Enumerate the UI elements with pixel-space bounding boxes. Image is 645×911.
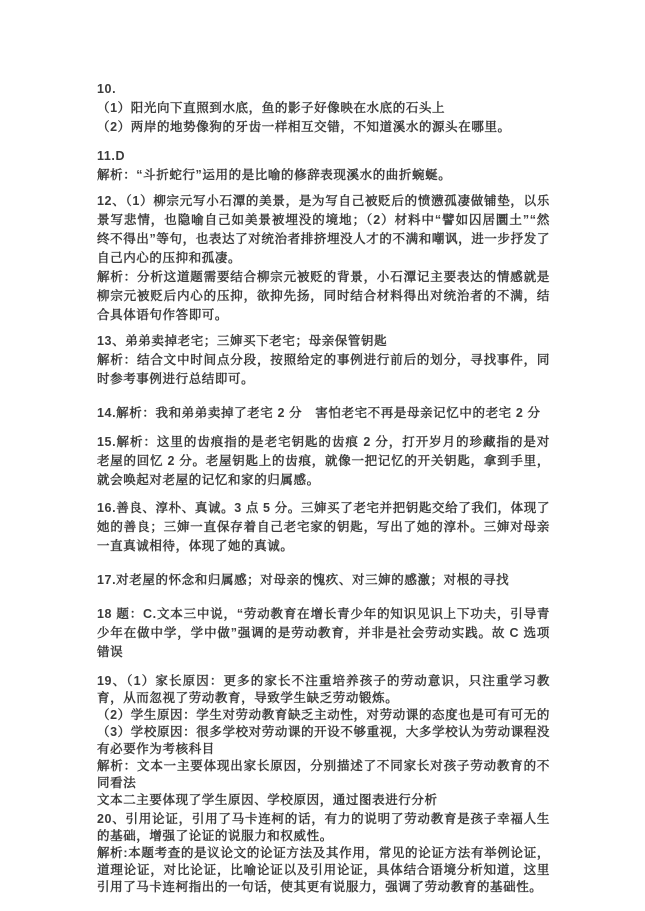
answer-paragraph: （3）学校原因：很多学校对劳动课的开设不够重视，大多学校认为劳动课程没有必要作为… <box>97 724 550 758</box>
answer-block-15: 15.解析：这里的齿痕指的是老宅钥匙的齿痕 2 分，打开岁月的珍藏指的是对老屋的… <box>97 433 550 490</box>
answer-block-11: 11.D解析：“斗折蛇行”运用的是比喻的修辞表现溪水的曲折蜿蜒。 <box>97 147 550 185</box>
page: { "page": { "background": "#ffffff", "te… <box>0 0 645 911</box>
answer-paragraph: （2）学生原因：学生对劳动教育缺乏主动性，对劳动课的态度也是可有可无的 <box>97 707 550 724</box>
document-page: 10.（1）阳光向下直照到水底，鱼的影子好像映在水底的石头上（2）两岸的地势像狗… <box>0 0 645 911</box>
answer-block-16: 16.善良、淳朴、真诚。3 点 5 分。三婶买了老宅并把钥匙交给了我们，体现了她… <box>97 499 550 556</box>
answer-paragraph: 14.解析：我和弟弟卖掉了老宅 2 分 害怕老宅不再是母亲记忆中的老宅 2 分 <box>97 404 550 423</box>
answer-key-content: 10.（1）阳光向下直照到水底，鱼的影子好像映在水底的石头上（2）两岸的地势像狗… <box>97 80 550 896</box>
answer-block-10: 10.（1）阳光向下直照到水底，鱼的影子好像映在水底的石头上（2）两岸的地势像狗… <box>97 80 550 137</box>
answer-paragraph: 文本二主要体现了学生原因、学校原因，通过图表进行分析 <box>97 792 550 809</box>
answer-paragraph: （2）两岸的地势像狗的牙齿一样相互交错，不知道溪水的源头在哪里。 <box>97 118 550 137</box>
answer-paragraph: 10. <box>97 80 550 99</box>
answer-paragraph: 15.解析：这里的齿痕指的是老宅钥匙的齿痕 2 分，打开岁月的珍藏指的是对老屋的… <box>97 433 550 490</box>
answer-block-17: 17.对老屋的怀念和归属感；对母亲的愧疚、对三婶的感激；对根的寻找 <box>97 571 550 590</box>
answer-paragraph: 16.善良、淳朴、真诚。3 点 5 分。三婶买了老宅并把钥匙交给了我们，体现了她… <box>97 499 550 556</box>
answer-block-19: 19、（1）家长原因：更多的家长不注重培养孩子的劳动意识，只注重学习教育，从而忽… <box>97 673 550 809</box>
answer-paragraph: （1）阳光向下直照到水底，鱼的影子好像映在水底的石头上 <box>97 99 550 118</box>
answer-block-13: 13、弟弟卖掉老宅；三婶买下老宅；母亲保管钥匙解析：结合文中时间点分段，按照给定… <box>97 332 550 389</box>
answer-paragraph: 解析:本题考查的是议论文的论证方法及其作用，常见的论证方法有举例论证，道理论证，… <box>97 845 550 896</box>
answer-paragraph: 13、弟弟卖掉老宅；三婶买下老宅；母亲保管钥匙 <box>97 332 550 351</box>
answer-paragraph: 解析：“斗折蛇行”运用的是比喻的修辞表现溪水的曲折蜿蜒。 <box>97 166 550 185</box>
answer-block-12: 12、（1）柳宗元写小石潭的美景，是为写自己被贬后的愤懑孤凄做铺垫，以乐景写悲情… <box>97 192 550 325</box>
answer-paragraph: 18 题：C.文本三中说，“劳动教育在增长青少年的知识见识上下功夫，引导青少年在… <box>97 605 550 662</box>
answer-paragraph: 11.D <box>97 147 550 166</box>
answer-block-18: 18 题：C.文本三中说，“劳动教育在增长青少年的知识见识上下功夫，引导青少年在… <box>97 605 550 662</box>
answer-block-14: 14.解析：我和弟弟卖掉了老宅 2 分 害怕老宅不再是母亲记忆中的老宅 2 分 <box>97 404 550 423</box>
answer-paragraph: 19、（1）家长原因：更多的家长不注重培养孩子的劳动意识，只注重学习教育，从而忽… <box>97 673 550 707</box>
answer-paragraph: 解析：分析这道题需要结合柳宗元被贬的背景，小石潭记主要表达的情感就是柳宗元被贬后… <box>97 268 550 325</box>
answer-paragraph: 12、（1）柳宗元写小石潭的美景，是为写自己被贬后的愤懑孤凄做铺垫，以乐景写悲情… <box>97 192 550 268</box>
answer-paragraph: 17.对老屋的怀念和归属感；对母亲的愧疚、对三婶的感激；对根的寻找 <box>97 571 550 590</box>
answer-paragraph: 解析：文本一主要体现出家长原因，分别描述了不同家长对孩子劳动教育的不同看法 <box>97 758 550 792</box>
answer-paragraph: 20、引用论证，引用了马卡连柯的话，有力的说明了劳动教育是孩子幸福人生的基础，增… <box>97 811 550 845</box>
answer-block-20: 20、引用论证，引用了马卡连柯的话，有力的说明了劳动教育是孩子幸福人生的基础，增… <box>97 811 550 896</box>
answer-paragraph: 解析：结合文中时间点分段，按照给定的事例进行前后的划分，寻找事件，同时参考事例进… <box>97 351 550 389</box>
